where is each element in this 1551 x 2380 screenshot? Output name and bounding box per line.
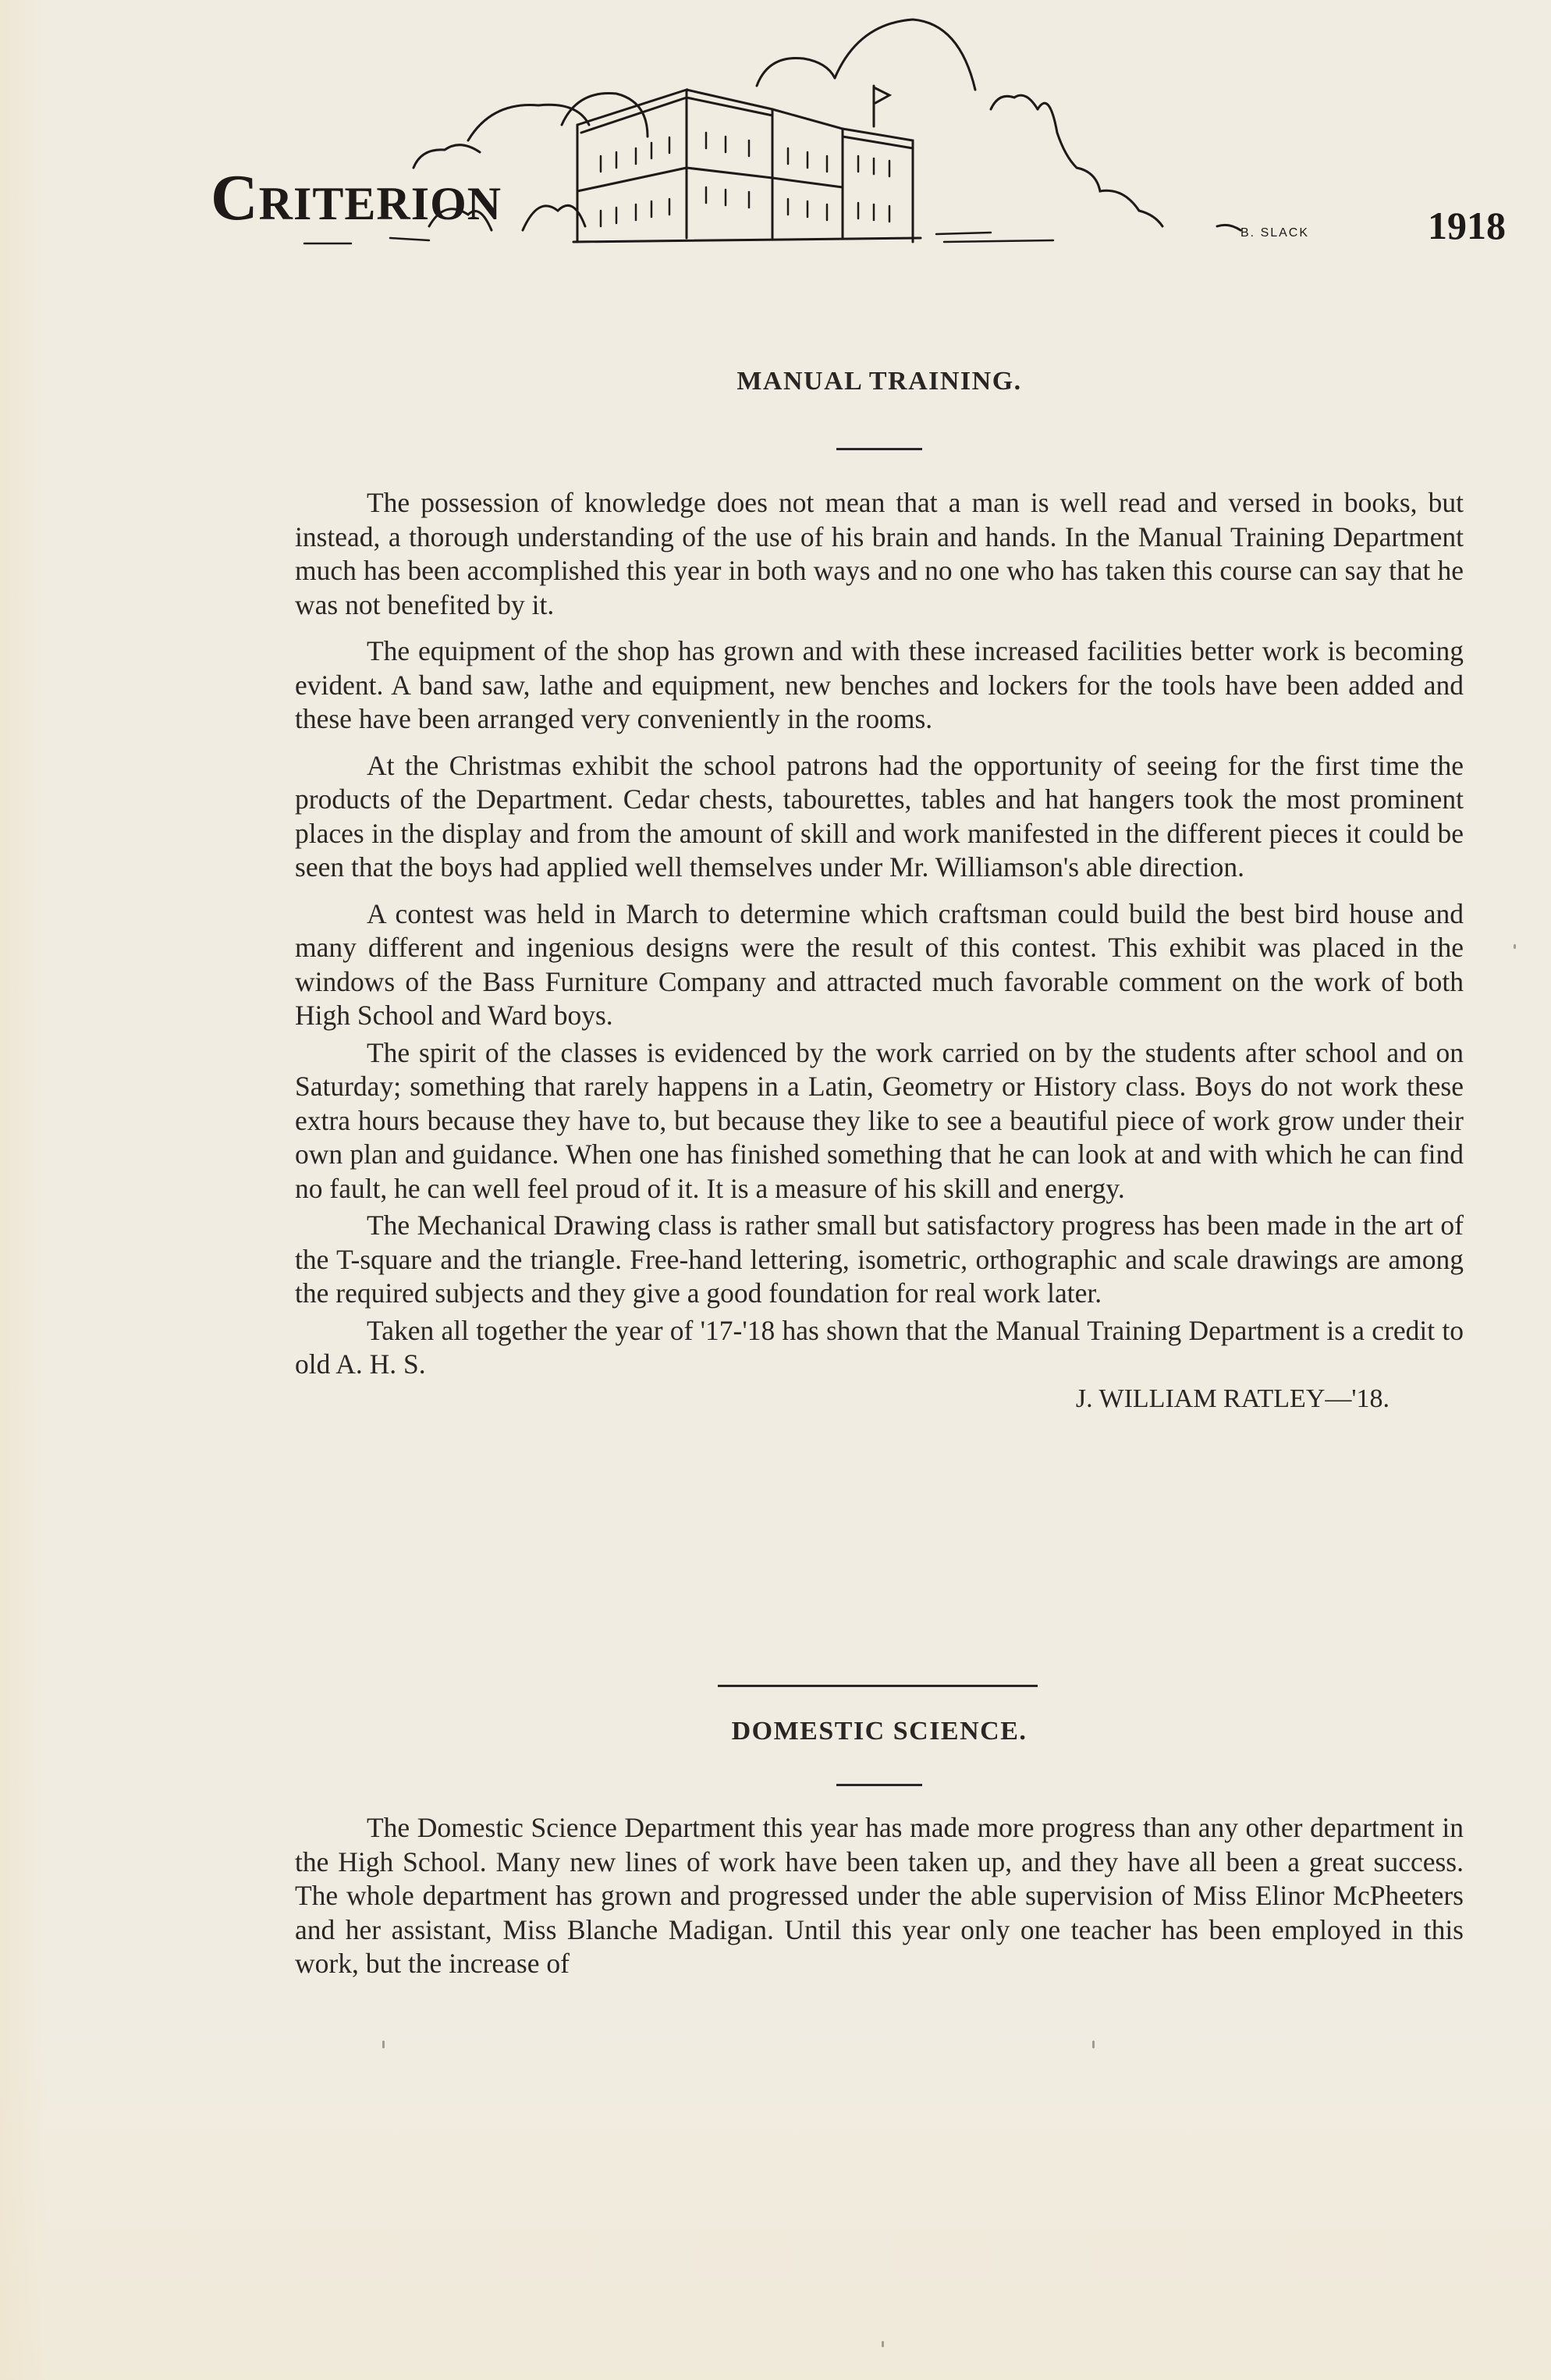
paragraph: The possession of knowledge does not mea… xyxy=(295,486,1464,622)
artist-signature: B. SLACK xyxy=(1240,226,1309,240)
paragraph: The Mechanical Drawing class is rather s… xyxy=(295,1209,1464,1311)
section-divider xyxy=(718,1685,1038,1687)
paragraph: Taken all together the year of '17-'18 h… xyxy=(295,1314,1464,1382)
paper-speck xyxy=(382,2041,385,2048)
domestic-science-section: DOMESTIC SCIENCE. The Domestic Science D… xyxy=(295,1717,1464,1981)
paper-speck xyxy=(1092,2041,1095,2048)
paragraph: At the Christmas exhibit the school patr… xyxy=(295,749,1464,885)
paragraph: The Domestic Science Department this yea… xyxy=(295,1811,1464,1981)
masthead: CRITERION B. SLACK 1918 xyxy=(211,0,1506,281)
publication-year: 1918 xyxy=(1428,206,1506,245)
paragraph: The spirit of the classes is evidenced b… xyxy=(295,1036,1464,1206)
title-initial: C xyxy=(211,162,259,234)
title-rest: RITERION xyxy=(259,178,502,229)
section-heading: DOMESTIC SCIENCE. xyxy=(295,1717,1464,1746)
author-signature: J. WILLIAM RATLEY—'18. xyxy=(295,1382,1464,1416)
paper-speck xyxy=(1514,944,1516,949)
paragraph: The equipment of the shop has grown and … xyxy=(295,634,1464,737)
manual-training-section: MANUAL TRAINING. The possession of knowl… xyxy=(295,367,1464,1416)
publication-title: CRITERION xyxy=(211,165,502,231)
section-heading: MANUAL TRAINING. xyxy=(295,367,1464,396)
school-building-illustration-icon xyxy=(211,0,1506,281)
paragraph: A contest was held in March to determine… xyxy=(295,897,1464,1033)
paper-speck xyxy=(882,2341,884,2347)
